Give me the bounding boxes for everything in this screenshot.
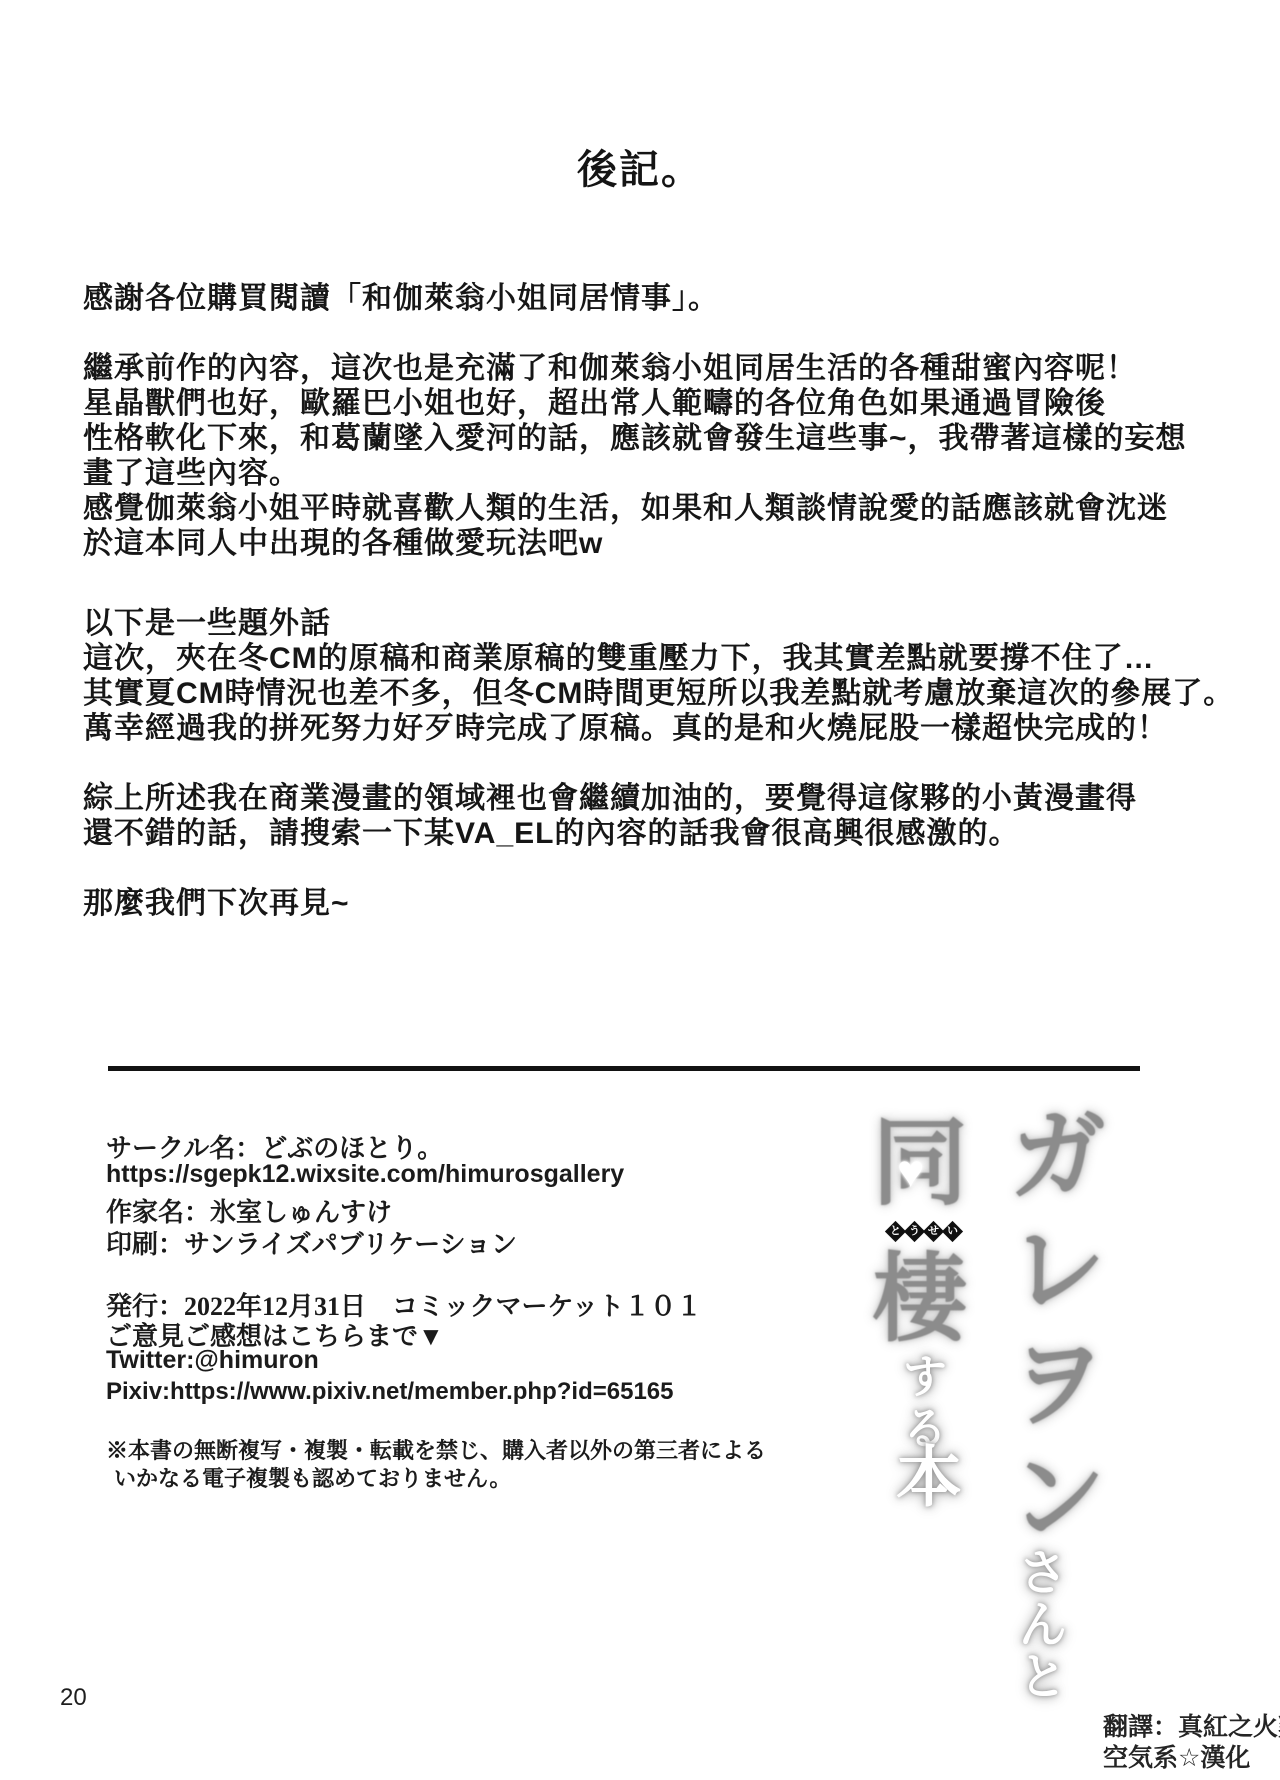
- logo-hon: 本: [896, 1446, 962, 1512]
- afterword-line: 畫了這些內容。: [83, 456, 1203, 491]
- afterword-paragraph-4: 綜上所述我在商業漫畫的領域裡也會繼續加油的，要覺得這傢夥的小黃漫畫得 還不錯的話…: [83, 781, 1203, 851]
- afterword-line: 萬幸經過我的拼死努力好歹時完成了原稿。真的是和火燒屁股一樣超快完成的！: [83, 711, 1203, 746]
- logo-suru: する: [898, 1352, 944, 1456]
- afterword-line: 這次，夾在冬CM的原稿和商業原稿的雙重壓力下，我其實差點就要撐不住了…: [83, 641, 1203, 676]
- afterword-line: 感謝各位購買閱讀「和伽萊翁小姐同居情事」。: [83, 281, 1203, 316]
- afterword-paragraph-3: 以下是一些題外話 這次，夾在冬CM的原稿和商業原稿的雙重壓力下，我其實差點就要撐…: [83, 606, 1203, 746]
- translation-group-line: 空気系☆漢化: [1103, 1743, 1280, 1774]
- twitter-handle: Twitter:@himuron: [106, 1346, 319, 1375]
- circle-website: https://sgepk12.wixsite.com/himurosgalle…: [106, 1160, 624, 1189]
- afterword-line: 以下是一些題外話: [83, 606, 1203, 641]
- furigana-char: せ: [926, 1224, 941, 1239]
- afterword-line: 於這本同人中出現的各種做愛玩法吧w: [83, 526, 1203, 561]
- afterword-line: 感覺伽萊翁小姐平時就喜歡人類的生活，如果和人類談情說愛的話應該就會沈迷: [83, 491, 1203, 526]
- furigana-char: う: [907, 1224, 922, 1239]
- heart-icon: ♥: [897, 1148, 924, 1194]
- page-number: 20: [60, 1684, 87, 1712]
- afterword-line: 繼承前作的內容，這次也是充滿了和伽萊翁小姐同居生活的各種甜蜜內容呢！: [83, 351, 1203, 386]
- afterword-paragraph-5: 那麼我們下次再見~: [83, 886, 1203, 921]
- furigana-char: い: [945, 1224, 960, 1239]
- printer-name: 印刷：サンライズパブリケーション: [106, 1224, 517, 1261]
- afterword-line: 那麼我們下次再見~: [83, 886, 1203, 921]
- furigana-char: と: [888, 1224, 903, 1239]
- afterword-paragraph-1: 感謝各位購買閱讀「和伽萊翁小姐同居情事」。: [83, 281, 1203, 316]
- pixiv-url: Pixiv:https://www.pixiv.net/member.php?i…: [106, 1378, 673, 1406]
- furigana-dousei: と う せ い: [888, 1224, 960, 1239]
- translation-credit: 翻譯：真紅之火雞 空気系☆漢化: [1103, 1712, 1280, 1774]
- translator-line: 翻譯：真紅之火雞: [1103, 1712, 1280, 1743]
- afterword-page: 後記。 感謝各位購買閱讀「和伽萊翁小姐同居情事」。 繼承前作的內容，這次也是充滿…: [0, 0, 1280, 1780]
- afterword-line: 還不錯的話，請搜索一下某VA_EL的內容的話我會很高興很感激的。: [83, 816, 1203, 851]
- logo-char-sei: 棲: [872, 1252, 968, 1348]
- furigana-diamond: い: [942, 1221, 963, 1242]
- logo-title-honorific: さんと: [1014, 1546, 1064, 1702]
- logo-title-galleon: ガレヲン: [998, 1102, 1098, 1558]
- afterword-line: 性格軟化下來，和葛蘭墜入愛河的話，應該就會發生這些事~，我帶著這樣的妄想: [83, 421, 1203, 456]
- copyright-notice-line1: ※本書の無断複写・複製・転載を禁じ、購入者以外の第三者による: [106, 1434, 766, 1465]
- copyright-notice-line2: いかなる電子複製も認めておりません。: [114, 1462, 511, 1493]
- afterword-line: 星晶獸們也好，歐羅巴小姐也好，超出常人範疇的各位角色如果通過冒險後: [83, 386, 1203, 421]
- afterword-paragraph-2: 繼承前作的內容，這次也是充滿了和伽萊翁小姐同居生活的各種甜蜜內容呢！ 星晶獸們也…: [83, 351, 1203, 561]
- afterword-line: 其實夏CM時情況也差不多，但冬CM時間更短所以我差點就考慮放棄這次的參展了。: [83, 676, 1203, 711]
- afterword-line: 綜上所述我在商業漫畫的領域裡也會繼續加油的，要覺得這傢夥的小黃漫畫得: [83, 781, 1203, 816]
- section-divider: [108, 1066, 1140, 1071]
- page-title: 後記。: [0, 138, 1280, 195]
